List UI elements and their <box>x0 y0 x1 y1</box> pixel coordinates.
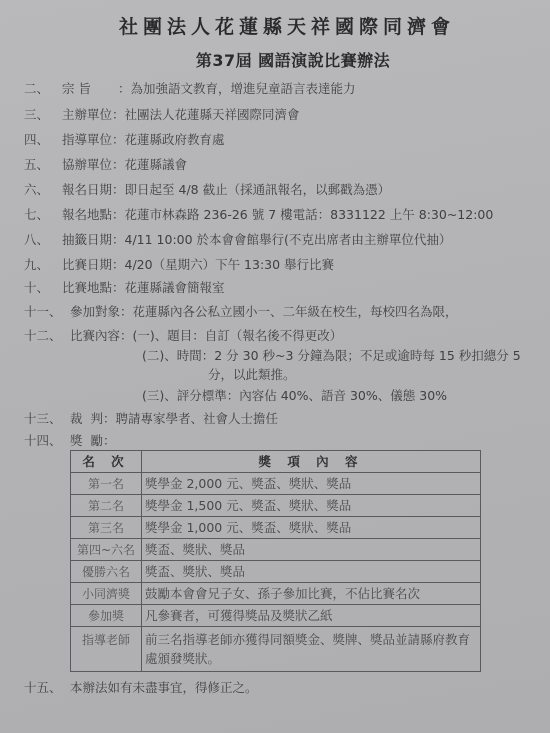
rank-cell: 第四~六名 <box>71 539 142 561</box>
item-label: 報名地點 <box>62 207 112 223</box>
item-text: ： <box>103 433 116 448</box>
item-label: 比賽內容 <box>70 328 120 344</box>
item-number: 十一、 <box>24 304 70 320</box>
contest-scoring-rule: (三)、評分標準：內容佔 40%、語音 30%、儀態 30% <box>142 388 447 404</box>
item-amendment: 十五、本辦法如有未盡事宜，得修正之。 <box>24 680 258 696</box>
award-cell: 獎學金 1,500 元、獎盃、獎狀、獎品 <box>142 495 481 517</box>
item-label: 裁 判 <box>70 411 103 427</box>
item-label: 獎 勵 <box>70 433 103 449</box>
item-number: 十五、 <box>24 680 70 696</box>
item-text: ：即日起至 4/8 截止（採通訊報名，以郵戳為憑） <box>112 182 390 197</box>
org-title: 社團法人花蓮縣天祥國際同濟會 <box>0 12 550 39</box>
rank-cell: 第三名 <box>71 517 142 539</box>
item-text: ：(一)、題目：自訂（報名後不得更改） <box>120 328 342 343</box>
item-text: ：花蓮縣議會 <box>112 157 187 172</box>
item-purpose: 二、宗 旨：為加強語文教育，增進兒童語言表達能力 <box>24 81 356 97</box>
table-row: 參加獎 凡參賽者，可獲得獎品及獎狀乙紙 <box>71 605 481 627</box>
item-contest-content: 十二、比賽內容：(一)、題目：自訂（報名後不得更改） <box>24 328 342 344</box>
item-text: ：4/11 10:00 於本會會館舉行(不克出席者由主辦單位代抽） <box>112 232 451 247</box>
item-label: 報名日期 <box>62 182 112 198</box>
item-text: ：花蓮縣議會簡報室 <box>112 280 225 295</box>
header-award-content: 獎 項 內 容 <box>142 451 481 473</box>
item-text: ：社團法人花蓮縣天祥國際同濟會 <box>112 107 300 122</box>
rank-cell: 優勝六名 <box>71 561 142 583</box>
item-contest-date: 九、比賽日期：4/20（星期六）下午 13:30 舉行比賽 <box>24 257 334 273</box>
item-label: 指導單位 <box>62 132 112 148</box>
item-awards: 十四、獎 勵： <box>24 433 115 449</box>
item-supervisor: 四、指導單位：花蓮縣政府教育處 <box>24 132 225 148</box>
item-number: 五、 <box>24 157 62 173</box>
item-label: 宗 旨 <box>62 81 118 97</box>
award-cell: 鼓勵本會會兄子女、孫子參加比賽，不佔比賽名次 <box>142 583 481 605</box>
item-label: 抽籤日期 <box>62 232 112 248</box>
rank-cell: 第一名 <box>71 473 142 495</box>
rank-cell: 第二名 <box>71 495 142 517</box>
item-judges: 十三、裁 判：聘請專家學者、社會人士擔任 <box>24 411 278 427</box>
item-co-organizer: 五、協辦單位：花蓮縣議會 <box>24 157 187 173</box>
item-organizer: 三、主辦單位：社團法人花蓮縣天祥國際同濟會 <box>24 107 300 123</box>
item-label: 參加對象 <box>70 304 120 320</box>
table-row: 第三名 獎學金 1,000 元、獎盃、獎狀、獎品 <box>71 517 481 539</box>
item-number: 十四、 <box>24 433 70 449</box>
table-row: 指導老師 前三名指導老師亦獲得同額獎金、獎牌、獎品並請縣府教育處頒發獎狀。 <box>71 627 481 672</box>
contest-time-rule-cont: 分，以此類推。 <box>208 367 296 383</box>
rank-cell: 小同濟獎 <box>71 583 142 605</box>
item-draw-date: 八、抽籤日期：4/11 10:00 於本會會館舉行(不克出席者由主辦單位代抽） <box>24 232 451 248</box>
item-number: 九、 <box>24 257 62 273</box>
table-row: 小同濟獎 鼓勵本會會兄子女、孫子參加比賽，不佔比賽名次 <box>71 583 481 605</box>
item-text: ：4/20（星期六）下午 13:30 舉行比賽 <box>112 257 334 272</box>
award-cell: 獎學金 2,000 元、獎盃、獎狀、獎品 <box>142 473 481 495</box>
table-row: 第一名 獎學金 2,000 元、獎盃、獎狀、獎品 <box>71 473 481 495</box>
award-cell: 獎盃、獎狀、獎品 <box>142 539 481 561</box>
item-registration-place: 七、報名地點：花蓮市林森路 236-26 號 7 樓電話：8331122 上午 … <box>24 207 493 223</box>
item-number: 六、 <box>24 182 62 198</box>
item-label: 主辦單位 <box>62 107 112 123</box>
awards-table: 名 次 獎 項 內 容 第一名 獎學金 2,000 元、獎盃、獎狀、獎品 第二名… <box>70 450 481 672</box>
item-number: 十二、 <box>24 328 70 344</box>
item-number: 七、 <box>24 207 62 223</box>
rank-cell: 參加獎 <box>71 605 142 627</box>
item-label: 協辦單位 <box>62 157 112 173</box>
table-row: 第二名 獎學金 1,500 元、獎盃、獎狀、獎品 <box>71 495 481 517</box>
item-text: ：花蓮縣內各公私立國小一、二年級在校生，每校四名為限， <box>120 304 458 319</box>
table-row: 優勝六名 獎盃、獎狀、獎品 <box>71 561 481 583</box>
award-cell: 獎盃、獎狀、獎品 <box>142 561 481 583</box>
item-registration-date: 六、報名日期：即日起至 4/8 截止（採通訊報名，以郵戳為憑） <box>24 182 390 198</box>
award-cell: 獎學金 1,000 元、獎盃、獎狀、獎品 <box>142 517 481 539</box>
item-participants: 十一、參加對象：花蓮縣內各公私立國小一、二年級在校生，每校四名為限， <box>24 304 458 320</box>
item-number: 四、 <box>24 132 62 148</box>
item-number: 八、 <box>24 232 62 248</box>
event-title: 第37屆 國語演說比賽辦法 <box>0 48 550 71</box>
table-header-row: 名 次 獎 項 內 容 <box>71 451 481 473</box>
item-number: 十三、 <box>24 411 70 427</box>
rank-cell: 指導老師 <box>71 627 142 672</box>
item-text: 本辦法如有未盡事宜，得修正之。 <box>70 680 258 695</box>
award-cell: 凡參賽者，可獲得獎品及獎狀乙紙 <box>142 605 481 627</box>
item-label: 比賽日期 <box>62 257 112 273</box>
item-text: ：花蓮市林森路 236-26 號 7 樓電話：8331122 上午 8:30~1… <box>112 207 493 222</box>
document-page: 社團法人花蓮縣天祥國際同濟會 第37屆 國語演說比賽辦法 二、宗 旨：為加強語文… <box>0 0 550 733</box>
item-text: ：為加強語文教育，增進兒童語言表達能力 <box>118 81 356 96</box>
table-row: 第四~六名 獎盃、獎狀、獎品 <box>71 539 481 561</box>
header-rank: 名 次 <box>71 451 142 473</box>
item-number: 三、 <box>24 107 62 123</box>
item-text: ：花蓮縣政府教育處 <box>112 132 225 147</box>
contest-time-rule: (二)、時間：2 分 30 秒~3 分鐘為限；不足或逾時每 15 秒扣總分 5 <box>142 348 521 364</box>
item-text: ：聘請專家學者、社會人士擔任 <box>103 411 278 426</box>
item-contest-place: 十、比賽地點：花蓮縣議會簡報室 <box>24 280 225 296</box>
item-label: 比賽地點 <box>62 280 112 296</box>
award-cell: 前三名指導老師亦獲得同額獎金、獎牌、獎品並請縣府教育處頒發獎狀。 <box>142 627 481 672</box>
item-number: 二、 <box>24 81 62 97</box>
item-number: 十、 <box>24 280 62 296</box>
